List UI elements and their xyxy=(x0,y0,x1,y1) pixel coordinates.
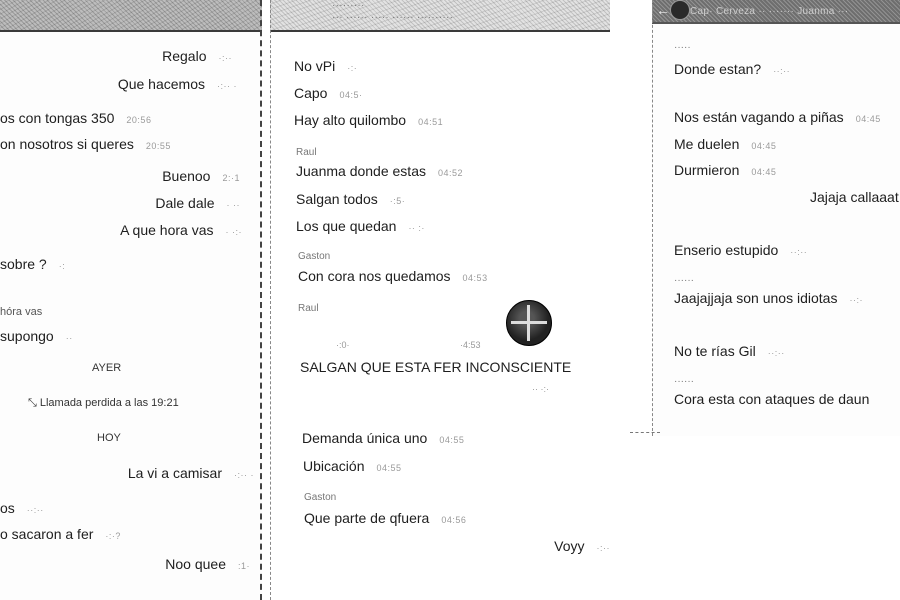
message-incoming: Jaajajjaja son unos idiotas··:· xyxy=(674,290,863,306)
message-incoming: Cora esta con ataques de daun xyxy=(674,391,869,407)
image-caption: ·:0· xyxy=(336,340,350,350)
message-incoming: Los que quedan·· :· xyxy=(296,218,425,234)
chat-title: ········· xyxy=(332,0,365,11)
sender-name: Gaston xyxy=(298,251,330,262)
message-outgoing: Jajaja callaaat xyxy=(810,189,899,205)
message-incoming: Con cora nos quedamos04:53 xyxy=(298,268,488,284)
message-incoming: Ubicación04:55 xyxy=(303,458,402,474)
message-outgoing: Que hacemos·:·· · xyxy=(118,76,237,92)
chat-header: ← Cap· Cerveza ·· ······· Juanma ··· xyxy=(652,0,900,24)
message-incoming: Juanma donde estas04:52 xyxy=(296,163,463,179)
image-time: ·4:53 xyxy=(460,340,481,350)
missed-call-notice: ⤡ Llamada perdida a las 19:21 xyxy=(28,397,179,410)
page-edge xyxy=(260,0,262,600)
page-edge xyxy=(652,0,653,436)
message-incoming: sobre ?·: xyxy=(0,256,65,272)
message-outgoing: A que hora vas· ·:· xyxy=(120,222,242,238)
message-incoming: os··:·· xyxy=(0,500,44,516)
message-incoming: Salgan todos·:5· xyxy=(296,191,405,207)
message-incoming: Demanda única uno04:55 xyxy=(302,430,464,446)
sticker-image[interactable] xyxy=(506,300,552,346)
message-incoming: Capo04:5· xyxy=(294,85,362,101)
message-outgoing: Noo quee:1· xyxy=(165,556,250,572)
page-edge xyxy=(630,432,660,433)
sender-name: Raul xyxy=(298,303,319,314)
message-incoming: supongo·· xyxy=(0,328,73,344)
sender-name: Raul xyxy=(296,147,317,158)
message-incoming: on nosotros si queres20:55 xyxy=(0,136,171,152)
message-time: ·· ·:· xyxy=(532,384,549,394)
sender-name: Gaston xyxy=(304,492,336,503)
message-incoming: Hay alto quilombo04:51 xyxy=(294,112,443,128)
chat-panel-middle: ········· ··· ······ ····· ······ ······… xyxy=(270,0,610,600)
chat-panel-right: ← Cap· Cerveza ·· ······· Juanma ··· ···… xyxy=(652,0,900,436)
date-divider-ayer: AYER xyxy=(92,362,121,374)
chat-header: ········· ··· ······ ····· ······ ······… xyxy=(270,0,610,32)
message-incoming: Enserio estupido··:·· xyxy=(674,242,807,258)
message-incoming: No vPi·:· xyxy=(294,58,357,74)
sender-name: ······ xyxy=(674,376,694,387)
message-incoming: Donde estan?··:·· xyxy=(674,61,790,77)
back-arrow-icon[interactable]: ← xyxy=(656,2,670,18)
message-incoming: o sacaron a fer·:·? xyxy=(0,526,121,542)
message-incoming: Me duelen04:45 xyxy=(674,136,776,152)
message-incoming: Nos están vagando a piñas04:45 xyxy=(674,109,881,125)
message-outgoing: Voyy·:·· xyxy=(554,538,610,554)
message-incoming: os con tongas 35020:56 xyxy=(0,110,151,126)
quoted-reply: hóra vas xyxy=(0,306,42,318)
page-edge xyxy=(270,0,271,600)
message-outgoing: Dale dale· ·· xyxy=(155,195,240,211)
sender-name: ······ xyxy=(674,275,694,286)
sender-name: ····· xyxy=(674,42,691,53)
message-incoming: Durmieron04:45 xyxy=(674,162,776,178)
message-incoming: No te rías Gil··:·· xyxy=(674,343,785,359)
chat-header xyxy=(0,0,262,32)
message-incoming: SALGAN QUE ESTA FER INCONSCIENTE xyxy=(300,359,571,375)
date-divider-hoy: HOY xyxy=(97,432,121,444)
chat-panel-left: Regalo·:·· Que hacemos·:·· · os con tong… xyxy=(0,0,262,600)
message-incoming: Que parte de qfuera04:56 xyxy=(304,510,466,526)
chat-participants: ··· ······ ····· ······ ·········· xyxy=(332,12,453,23)
avatar[interactable] xyxy=(670,0,690,20)
message-outgoing: Regalo·:·· xyxy=(162,48,232,64)
chat-participants: Cap· Cerveza ·· ······· Juanma ··· xyxy=(690,6,849,17)
message-outgoing: La vi a camisar·:·· · xyxy=(128,465,254,481)
missed-call-icon: ⤡ xyxy=(28,397,40,409)
message-outgoing: Buenoo2:·1 xyxy=(162,168,240,184)
